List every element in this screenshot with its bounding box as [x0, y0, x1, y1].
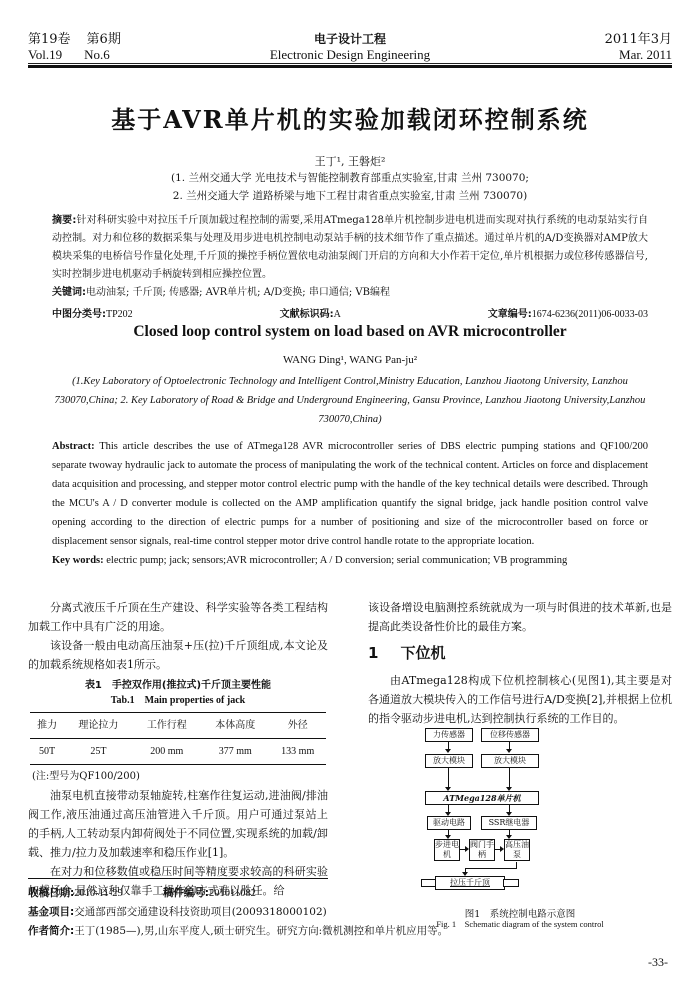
footnotes: 收稿日期:2010-11-29 稿件编号:201011082 基金项目:交通部西… — [28, 884, 448, 941]
table-cell: 133 mm — [269, 739, 326, 765]
body-right-column: 该设备增设电脑测控系统就成为一项与时俱进的技术革新,也是提高此类设备性价比的最佳… — [368, 598, 672, 728]
paper-title-cn: 基于AVR单片机的实验加载闭环控制系统 — [0, 100, 700, 135]
table-header-cell: 推力 — [30, 713, 64, 739]
affiliations-en: (1.Key Laboratory of Optoelectronic Tech… — [40, 372, 660, 429]
journal-name-en: Electronic Design Engineering — [0, 47, 700, 62]
table-cell: 377 mm — [201, 739, 269, 765]
box-driver-circuit: 驱动电路 — [427, 816, 471, 830]
table-cell: 50T — [30, 739, 64, 765]
box-ssr-relay: SSR继电器 — [481, 816, 537, 830]
table-caption-cn: 表1 手控双作用(推拉式)千斤顶主要性能 — [28, 678, 328, 693]
header-rule-thin — [28, 63, 672, 64]
date-en: Mar. 2011 — [605, 47, 672, 62]
keywords-cn-text: 电动油泵; 千斤顶; 传感器; AVR单片机; A/D变换; 串口通信; VB编… — [86, 287, 390, 298]
table-header-row: 推力 理论拉力 工作行程 本体高度 外径 — [30, 713, 326, 739]
section-heading: 1下位机 — [368, 644, 672, 663]
table-header-cell: 本体高度 — [201, 713, 269, 739]
abstract-cn-label: 摘要: — [52, 215, 76, 226]
bio-value: 王丁(1985—),男,山东平度人,硕士研究生。研究方向:微机测控和单片机应用等… — [74, 925, 448, 937]
doc-code-value: A — [334, 309, 341, 320]
table-row: 50T 25T 200 mm 377 mm 133 mm — [30, 739, 326, 765]
table-cell: 200 mm — [133, 739, 201, 765]
classification-row: 中图分类号:TP202 文献标识码:A 文章编号:1674-6236(2011)… — [52, 305, 648, 320]
body-paragraph: 油泵电机直接带动泵轴旋转,柱塞作往复运动,进油阀/排油阀工作,液压油通过高压油管… — [28, 786, 328, 862]
jack-rod-right — [503, 879, 519, 887]
article-no-label: 文章编号: — [488, 309, 532, 320]
doc-code-label: 文献标识码: — [280, 309, 334, 320]
body-left-column: 分离式液压千斤顶在生产建设、科学实验等各类工程结构加载工作中具有广泛的用途。 该… — [28, 598, 328, 900]
jack-properties-table: 推力 理论拉力 工作行程 本体高度 外径 50T 25T 200 mm 377 … — [30, 712, 326, 765]
fund-label: 基金项目: — [28, 906, 74, 918]
box-amp-module-2: 放大模块 — [481, 754, 539, 768]
ms-no-label: 稿件编号: — [163, 887, 209, 899]
keywords-en-label: Key words: — [52, 555, 104, 566]
body-paragraph: 由ATmega128构成下位机控制核心(见图1),其主要是对各通道放大模块传入的… — [368, 671, 672, 728]
affiliations-cn: (1. 兰州交通大学 光电技术与智能控制教育部重点实验室,甘肃 兰州 73007… — [0, 169, 700, 205]
received-value: 2010-11-29 — [74, 888, 123, 899]
section-title: 下位机 — [400, 644, 445, 662]
figure-caption-en: Fig. 1 Schematic diagram of the system c… — [400, 918, 640, 930]
arrow-down-icon — [506, 749, 512, 753]
abstract-cn: 摘要:针对科研实验中对拉压千斤顶加载过程控制的需要,采用ATmega128单片机… — [52, 212, 648, 302]
table-header-cell: 理论拉力 — [64, 713, 132, 739]
table-cell: 25T — [64, 739, 132, 765]
affiliation-2: 2. 兰州交通大学 道路桥梁与地下工程甘肃省重点实验室,甘肃 兰州 730070… — [0, 187, 700, 205]
table-header-cell: 工作行程 — [133, 713, 201, 739]
box-stepper-motor: 步进电机 — [434, 839, 460, 861]
box-hp-pump: 高压油泵 — [504, 839, 530, 861]
box-force-sensor: 力传感器 — [425, 728, 473, 742]
authors-cn: 王丁¹, 王磐炬² — [0, 153, 700, 169]
abstract-en-text: This article describes the use of ATmega… — [52, 441, 648, 547]
body-paragraph: 该设备增设电脑测控系统就成为一项与时俱进的技术革新,也是提高此类设备性价比的最佳… — [368, 598, 672, 636]
table-note: (注:型号为QF100/200) — [32, 767, 328, 786]
authors-en: WANG Ding¹, WANG Pan-ju² — [0, 354, 700, 366]
header-journal: 电子设计工程 Electronic Design Engineering — [0, 32, 700, 62]
abstract-en: Abstract: This article describes the use… — [52, 437, 648, 570]
section-number: 1 — [368, 644, 378, 662]
abstract-cn-text: 针对科研实验中对拉压千斤顶加载过程控制的需要,采用ATmega128单片机控制步… — [52, 215, 648, 280]
table-caption-en: Tab.1 Main properties of jack — [28, 693, 328, 708]
keywords-en-text: electric pump; jack; sensors;AVR microco… — [106, 555, 567, 566]
page-number: -33- — [648, 955, 668, 970]
article-no-value: 1674-6236(2011)06-0033-03 — [532, 309, 648, 320]
header-rule-thick — [28, 65, 672, 68]
box-displacement-sensor: 位移传感器 — [481, 728, 539, 742]
date-cn: 2011年3月 — [605, 32, 672, 47]
system-control-diagram: 力传感器 位移传感器 放大模块 放大模块 ATMega128单片机 驱动电路 S… — [425, 728, 575, 903]
fund-value: 交通部西部交通建设科技资助项目(2009318000102) — [74, 906, 327, 918]
box-amp-module-1: 放大模块 — [425, 754, 473, 768]
ms-no-value: 201011082 — [209, 888, 256, 899]
keywords-cn-label: 关键词: — [52, 287, 86, 298]
journal-name-cn: 电子设计工程 — [0, 32, 700, 47]
table-header-cell: 外径 — [269, 713, 326, 739]
header-date: 2011年3月 Mar. 2011 — [605, 32, 672, 62]
bio-label: 作者简介: — [28, 925, 74, 937]
box-valve-handle: 阀门手柄 — [469, 839, 495, 861]
clc-value: TP202 — [106, 309, 133, 320]
arrow-down-icon — [445, 749, 451, 753]
box-jack: 拉压千斤顶 — [435, 876, 505, 890]
body-paragraph: 该设备一般由电动高压油泵+压(拉)千斤顶组成,本文论及的加载系统规格如表1所示。 — [28, 636, 328, 674]
paper-title-en: Closed loop control system on load based… — [0, 323, 700, 341]
affiliation-1: (1. 兰州交通大学 光电技术与智能控制教育部重点实验室,甘肃 兰州 73007… — [0, 169, 700, 187]
received-label: 收稿日期: — [28, 887, 74, 899]
box-mcu: ATMega128单片机 — [425, 791, 539, 805]
footnote-rule — [28, 878, 328, 879]
body-paragraph: 分离式液压千斤顶在生产建设、科学实验等各类工程结构加载工作中具有广泛的用途。 — [28, 598, 328, 636]
clc-label: 中图分类号: — [52, 309, 106, 320]
abstract-en-label: Abstract: — [52, 441, 95, 452]
